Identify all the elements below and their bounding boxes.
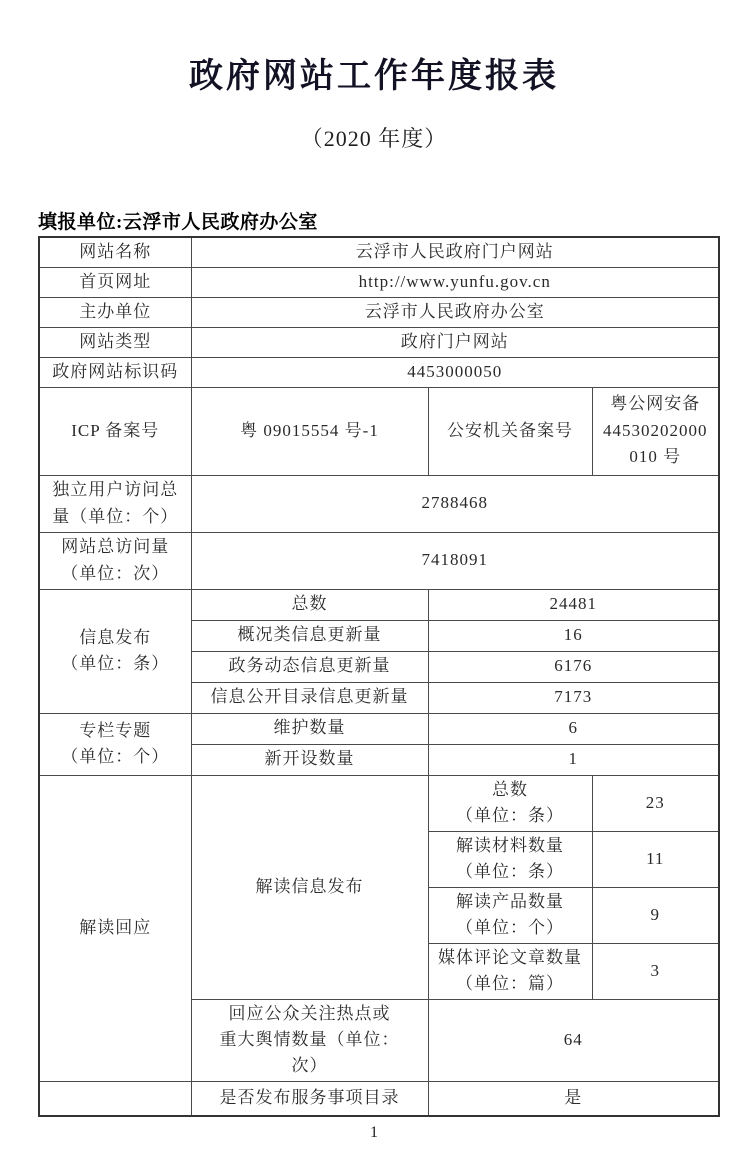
table-row: 专栏专题 （单位：个） 维护数量 6 <box>39 713 719 744</box>
interp-total-label: 总数 （单位：条） <box>428 775 592 831</box>
table-row: 政府网站标识码 4453000050 <box>39 357 719 387</box>
table-row: 信息发布 （单位：条） 总数 24481 <box>39 589 719 620</box>
homepage-url-label: 首页网址 <box>39 267 191 297</box>
website-name-label: 网站名称 <box>39 237 191 267</box>
info-publish-section-label: 信息发布 （单位：条） <box>39 589 191 713</box>
total-visits-label: 网站总访问量 （单位：次） <box>39 532 191 589</box>
table-row: 解读回应 解读信息发布 总数 （单位：条） 23 <box>39 775 719 831</box>
interpretation-section-label: 解读回应 <box>39 775 191 1081</box>
media-articles-label: 媒体评论文章数量 （单位：篇） <box>428 943 592 999</box>
gov-news-updates-value: 6176 <box>428 651 719 682</box>
overview-updates-value: 16 <box>428 620 719 651</box>
total-visits-value: 7418091 <box>191 532 719 589</box>
table-row: 首页网址 http://www.yunfu.gov.cn <box>39 267 719 297</box>
report-page: 政府网站工作年度报表 （2020 年度） 填报单位:云浮市人民政府办公室 网站名… <box>0 0 748 1152</box>
interp-total-value: 23 <box>592 775 719 831</box>
table-row: 网站名称 云浮市人民政府门户网站 <box>39 237 719 267</box>
special-columns-section-label: 专栏专题 （单位：个） <box>39 713 191 775</box>
newly-opened-count-label: 新开设数量 <box>191 744 428 775</box>
interp-materials-value: 11 <box>592 831 719 887</box>
open-directory-updates-label: 信息公开目录信息更新量 <box>191 682 428 713</box>
media-articles-value: 3 <box>592 943 719 999</box>
overview-updates-label: 概况类信息更新量 <box>191 620 428 651</box>
open-directory-updates-value: 7173 <box>428 682 719 713</box>
page-subtitle: （2020 年度） <box>0 122 748 153</box>
service-directory-value: 是 <box>428 1081 719 1116</box>
info-total-label: 总数 <box>191 589 428 620</box>
service-directory-label: 是否发布服务事项目录 <box>191 1081 428 1116</box>
page-number: 1 <box>0 1124 748 1142</box>
table-row: 是否发布服务事项目录 是 <box>39 1081 719 1116</box>
website-type-label: 网站类型 <box>39 327 191 357</box>
maintained-count-value: 6 <box>428 713 719 744</box>
icp-license-label: ICP 备案号 <box>39 387 191 475</box>
unique-visitors-value: 2788468 <box>191 475 719 532</box>
maintained-count-label: 维护数量 <box>191 713 428 744</box>
table-row: ICP 备案号 粤 09015554 号-1 公安机关备案号 粤公网安备 445… <box>39 387 719 475</box>
sponsor-unit-value: 云浮市人民政府办公室 <box>191 297 719 327</box>
reporting-unit-line: 填报单位:云浮市人民政府办公室 <box>38 207 318 234</box>
sponsor-unit-label: 主办单位 <box>39 297 191 327</box>
interpretation-publish-label: 解读信息发布 <box>191 775 428 999</box>
table-row: 主办单位 云浮市人民政府办公室 <box>39 297 719 327</box>
interp-products-label: 解读产品数量 （单位：个） <box>428 887 592 943</box>
service-section-label-empty <box>39 1081 191 1116</box>
table-row: 独立用户访问总 量（单位：个） 2788468 <box>39 475 719 532</box>
gov-news-updates-label: 政务动态信息更新量 <box>191 651 428 682</box>
website-name-value: 云浮市人民政府门户网站 <box>191 237 719 267</box>
site-id-code-value: 4453000050 <box>191 357 719 387</box>
info-total-value: 24481 <box>428 589 719 620</box>
annual-report-table: 网站名称 云浮市人民政府门户网站 首页网址 http://www.yunfu.g… <box>38 236 720 1117</box>
site-id-code-label: 政府网站标识码 <box>39 357 191 387</box>
table-row: 网站类型 政府门户网站 <box>39 327 719 357</box>
table-row: 网站总访问量 （单位：次） 7418091 <box>39 532 719 589</box>
unique-visitors-label: 独立用户访问总 量（单位：个） <box>39 475 191 532</box>
page-title: 政府网站工作年度报表 <box>0 48 748 97</box>
icp-license-value: 粤 09015554 号-1 <box>191 387 428 475</box>
interp-products-value: 9 <box>592 887 719 943</box>
newly-opened-count-value: 1 <box>428 744 719 775</box>
security-filing-label: 公安机关备案号 <box>428 387 592 475</box>
interp-materials-label: 解读材料数量 （单位：条） <box>428 831 592 887</box>
website-type-value: 政府门户网站 <box>191 327 719 357</box>
hotspot-response-label: 回应公众关注热点或 重大舆情数量（单位： 次） <box>191 999 428 1081</box>
homepage-url-value: http://www.yunfu.gov.cn <box>191 267 719 297</box>
hotspot-response-value: 64 <box>428 999 719 1081</box>
security-filing-value: 粤公网安备 44530202000 010 号 <box>592 387 719 475</box>
